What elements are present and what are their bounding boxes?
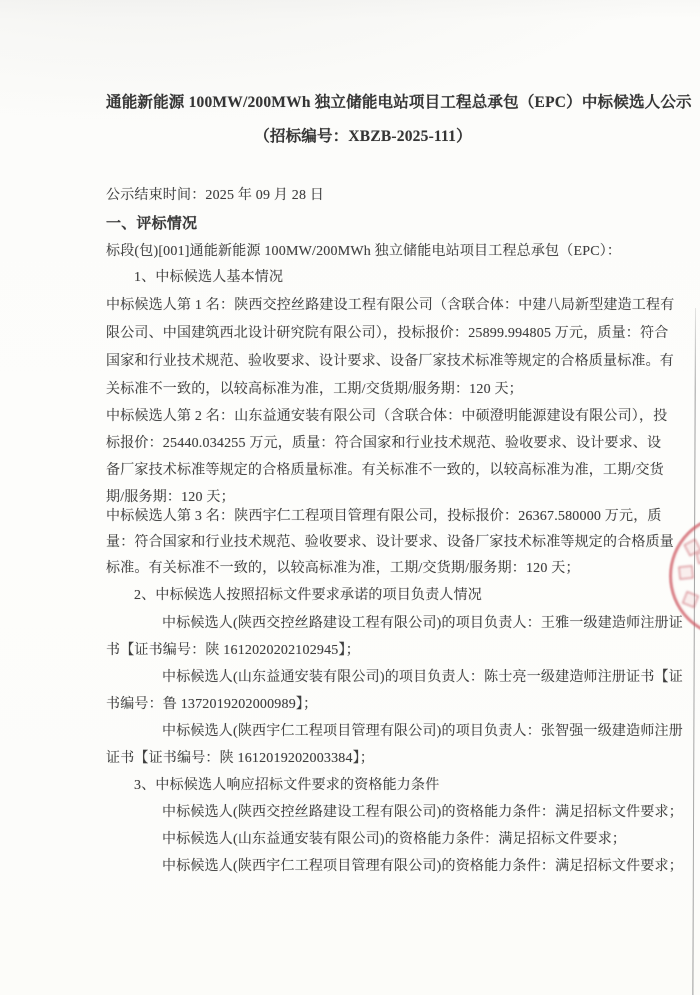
project-manager-3-line-2: 证书【证书编号：陕 1612019202003384】；: [106, 749, 374, 769]
candidate-2-line-4: 期/服务期：120 天；: [106, 488, 235, 508]
subsection-3-heading: 3、中标候选人响应招标文件要求的资格能力条件: [134, 776, 439, 796]
qualification-line-1: 中标候选人(陕西交控丝路建设工程有限公司)的资格能力条件：满足招标文件要求；: [162, 803, 683, 823]
subsection-2-heading: 2、中标候选人按照招标文件要求承诺的项目负责人情况: [134, 586, 482, 606]
doc-title-line-2: （招标编号：XBZB-2025-111）: [106, 127, 620, 147]
project-manager-1-line-2: 书【证书编号：陕 1612020202102945】；: [106, 641, 360, 661]
candidate-1-line-4: 关标准不一致的，以较高标准为准，工期/交货期/服务期：120 天；: [106, 380, 523, 400]
project-manager-1-line-1: 中标候选人(陕西交控丝路建设工程有限公司)的项目负责人：王雅一级建造师注册证: [162, 614, 683, 634]
publicity-end-time: 公示结束时间：2025 年 09 月 28 日: [106, 186, 324, 206]
package-line: 标段(包)[001]通能新能源 100MW/200MWh 独立储能电站项目工程总…: [106, 242, 621, 262]
seal-glyph-mark: [678, 565, 693, 579]
project-manager-2-line-1: 中标候选人(山东益通安装有限公司)的项目负责人：陈士亮一级建造师注册证书【证: [162, 668, 683, 688]
candidate-3-line-1: 中标候选人第 3 名：陕西宇仁工程项目管理有限公司，投标报价：26367.580…: [106, 507, 662, 527]
scanned-document-page: 通能新能源 100MW/200MWh 独立储能电站项目工程总承包（EPC）中标候…: [0, 0, 700, 995]
candidate-2-line-3: 备厂家技术标准等规定的合格质量标准。有关标准不一致的，以较高标准为准，工期/交货: [106, 461, 664, 481]
candidate-2-line-2: 标报价：25440.034255 万元，质量：符合国家和行业技术规范、验收要求、…: [106, 434, 661, 454]
qualification-line-3: 中标候选人(陕西宇仁工程项目管理有限公司)的资格能力条件：满足招标文件要求；: [162, 857, 683, 877]
doc-title-line-1: 通能新能源 100MW/200MWh 独立储能电站项目工程总承包（EPC）中标候…: [106, 93, 620, 113]
candidate-1-line-2: 限公司、中国建筑西北设计研究院有限公司），投标报价：25899.994805 万…: [106, 324, 668, 344]
candidate-2-line-1: 中标候选人第 2 名：山东益通安装有限公司（含联合体：中硕澄明能源建设有限公司）…: [106, 407, 667, 427]
section-1-heading: 一、评标情况: [106, 214, 197, 234]
candidate-3-line-3: 标准。有关标准不一致的，以较高标准为准，工期/交货期/服务期：120 天；: [106, 559, 580, 579]
project-manager-2-line-2: 书编号：鲁 1372019202000989】；: [106, 695, 317, 715]
project-manager-3-line-1: 中标候选人(陕西宇仁工程项目管理有限公司)的项目负责人：张智强一级建造师注册: [162, 722, 683, 742]
candidate-1-line-1: 中标候选人第 1 名：陕西交控丝路建设工程有限公司（含联合体：中建八局新型建造工…: [106, 296, 674, 316]
candidate-3-line-2: 量：符合国家和行业技术规范、验收要求、设计要求、设备厂家技术标准等规定的合格质量: [106, 533, 674, 553]
qualification-line-2: 中标候选人(山东益通安装有限公司)的资格能力条件：满足招标文件要求；: [162, 830, 626, 850]
candidate-1-line-3: 国家和行业技术规范、验收要求、设计要求、设备厂家技术标准等规定的合格质量标准。有: [106, 352, 674, 372]
page-edge-crease: [692, 308, 696, 995]
subsection-1-heading: 1、中标候选人基本情况: [134, 268, 283, 288]
